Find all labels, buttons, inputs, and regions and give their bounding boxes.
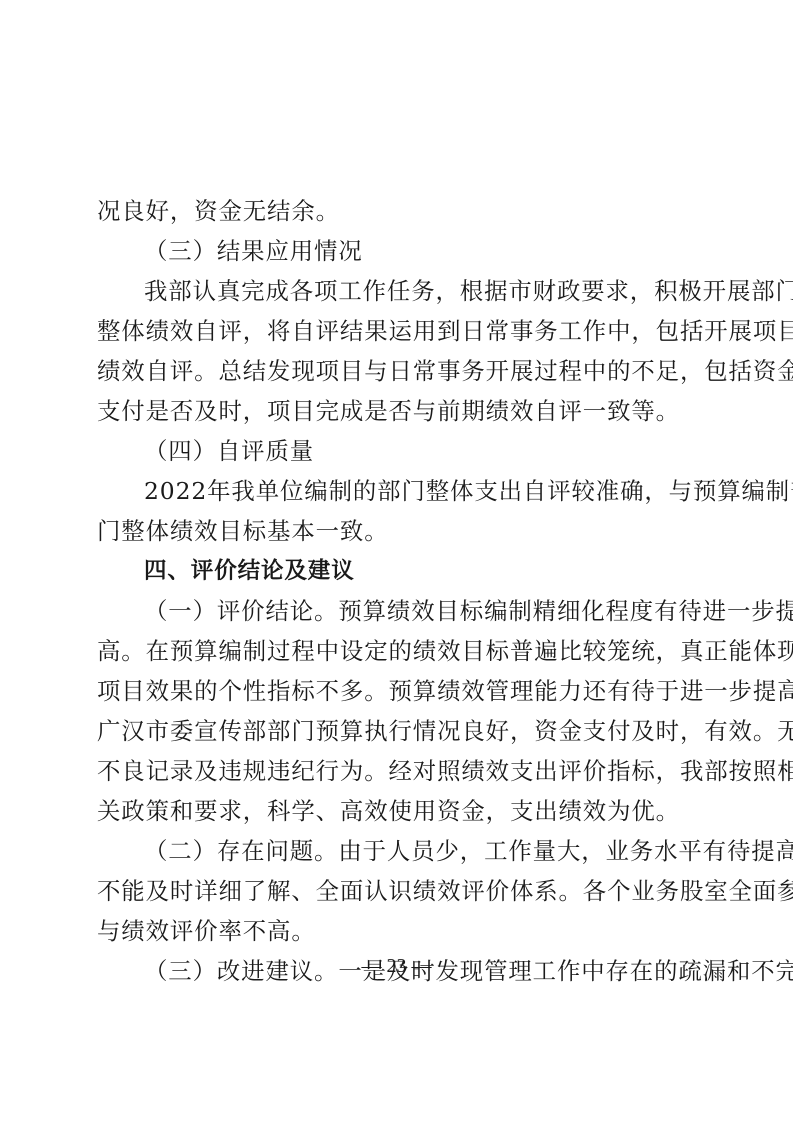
subheading-results-application: （三）结果应用情况 — [97, 231, 707, 271]
text-line: 整体绩效自评，将自评结果运用到日常事务工作中，包括开展项目 — [97, 311, 707, 351]
text-line: 不能及时详细了解、全面认识绩效评价体系。各个业务股室全面参 — [97, 871, 707, 911]
text-line: 支付是否及时，项目完成是否与前期绩效自评一致等。 — [97, 391, 707, 431]
subheading-self-evaluation-quality: （四）自评质量 — [97, 431, 707, 471]
text-line: 门整体绩效目标基本一致。 — [97, 511, 707, 551]
text-line: 项目效果的个性指标不多。预算绩效管理能力还有待于进一步提高。 — [97, 671, 707, 711]
text-line: （二）存在问题。由于人员少，工作量大，业务水平有待提高， — [97, 831, 707, 871]
text-line: 况良好，资金无结余。 — [97, 191, 707, 231]
text-line: 2022年我单位编制的部门整体支出自评较准确，与预算编制部 — [97, 471, 707, 511]
page-number: — 23 — — [0, 955, 793, 978]
text-line: 广汉市委宣传部部门预算执行情况良好，资金支付及时，有效。无 — [97, 711, 707, 751]
text-line: 不良记录及违规违纪行为。经对照绩效支出评价指标，我部按照相 — [97, 751, 707, 791]
text-line: 我部认真完成各项工作任务，根据市财政要求，积极开展部门 — [97, 271, 707, 311]
document-body: 况良好，资金无结余。 （三）结果应用情况 我部认真完成各项工作任务，根据市财政要… — [97, 191, 707, 991]
text-line: 关政策和要求，科学、高效使用资金，支出绩效为优。 — [97, 791, 707, 831]
text-line: 与绩效评价率不高。 — [97, 911, 707, 951]
text-line: （一）评价结论。预算绩效目标编制精细化程度有待进一步提 — [97, 591, 707, 631]
text-line: 高。在预算编制过程中设定的绩效目标普遍比较笼统，真正能体现 — [97, 631, 707, 671]
section-heading-conclusions: 四、评价结论及建议 — [97, 551, 707, 591]
text-line: 绩效自评。总结发现项目与日常事务开展过程中的不足，包括资金 — [97, 351, 707, 391]
